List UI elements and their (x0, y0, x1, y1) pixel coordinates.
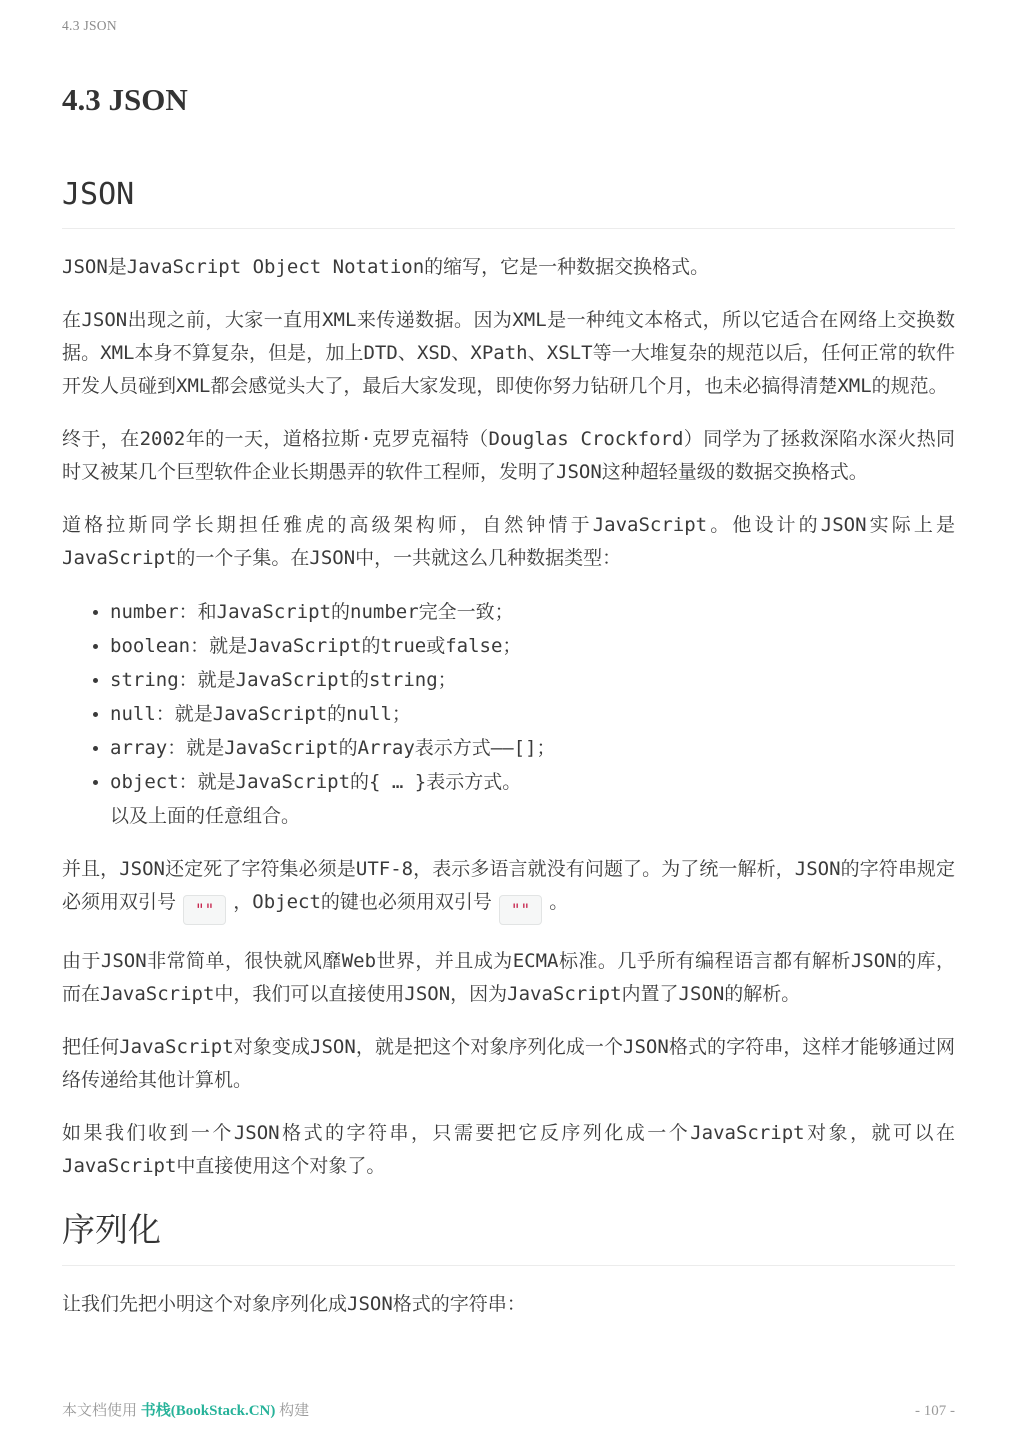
footer-text-suffix: 构建 (275, 1403, 309, 1419)
section-heading-serialize: 序列化 (62, 1211, 955, 1266)
paragraph-json-intro: JSON是JavaScript Object Notation的缩写，它是一种数… (62, 251, 955, 284)
bookstack-link[interactable]: 书栈(BookStack.CN) (141, 1403, 276, 1419)
inline-code-double-quotes: "" (183, 895, 226, 925)
paragraph-text: 。 (549, 891, 568, 913)
paragraph-utf8-quotes: 并且，JSON还定死了字符集必须是UTF-8，表示多语言就没有问题了。为了统一解… (62, 853, 955, 925)
paragraph-subset: 道格拉斯同学长期担任雅虎的高级架构师，自然钟情于JavaScript。他设计的J… (62, 509, 955, 575)
paragraph-deserialize-intro: 如果我们收到一个JSON格式的字符串，只需要把它反序列化成一个JavaScrip… (62, 1117, 955, 1183)
footer-text-prefix: 本文档使用 (62, 1403, 141, 1419)
footer-built-with: 本文档使用 书栈(BookStack.CN) 构建 (62, 1399, 309, 1420)
section-heading-json: JSON (62, 178, 955, 230)
inline-code-double-quotes: "" (499, 895, 542, 925)
paragraph-text: ，Object的键也必须用双引号 (233, 891, 492, 913)
paragraph-serialize-intro: 把任何JavaScript对象变成JSON，就是把这个对象序列化成一个JSON格… (62, 1031, 955, 1097)
list-item-number: number：和JavaScript的number完全一致； (110, 595, 955, 629)
paragraph-crockford: 终于，在2002年的一天，道格拉斯·克罗克福特（Douglas Crockfor… (62, 423, 955, 489)
list-item-null: null：就是JavaScript的null； (110, 697, 955, 731)
document-page: 4.3 JSON 4.3 JSON JSON JSON是JavaScript O… (0, 0, 1019, 1440)
page-number: - 107 - (915, 1403, 955, 1420)
list-item-boolean: boolean：就是JavaScript的true或false； (110, 629, 955, 663)
paragraph-xiaoming-serialize: 让我们先把小明这个对象序列化成JSON格式的字符串： (62, 1288, 955, 1321)
page-footer: 本文档使用 书栈(BookStack.CN) 构建 - 107 - (62, 1399, 955, 1420)
page-title: 4.3 JSON (62, 82, 955, 118)
data-types-list: number：和JavaScript的number完全一致； boolean：就… (62, 595, 955, 833)
list-item-object: object：就是JavaScript的{ … }表示方式。 以及上面的任意组合… (110, 765, 955, 833)
paragraph-ecma-standard: 由于JSON非常简单，很快就风靡Web世界，并且成为ECMA标准。几乎所有编程语… (62, 945, 955, 1011)
paragraph-xml-history: 在JSON出现之前，大家一直用XML来传递数据。因为XML是一种纯文本格式，所以… (62, 304, 955, 403)
list-item-array: array：就是JavaScript的Array表示方式——[]； (110, 731, 955, 765)
running-header: 4.3 JSON (62, 0, 955, 34)
list-item-string: string：就是JavaScript的string； (110, 663, 955, 697)
